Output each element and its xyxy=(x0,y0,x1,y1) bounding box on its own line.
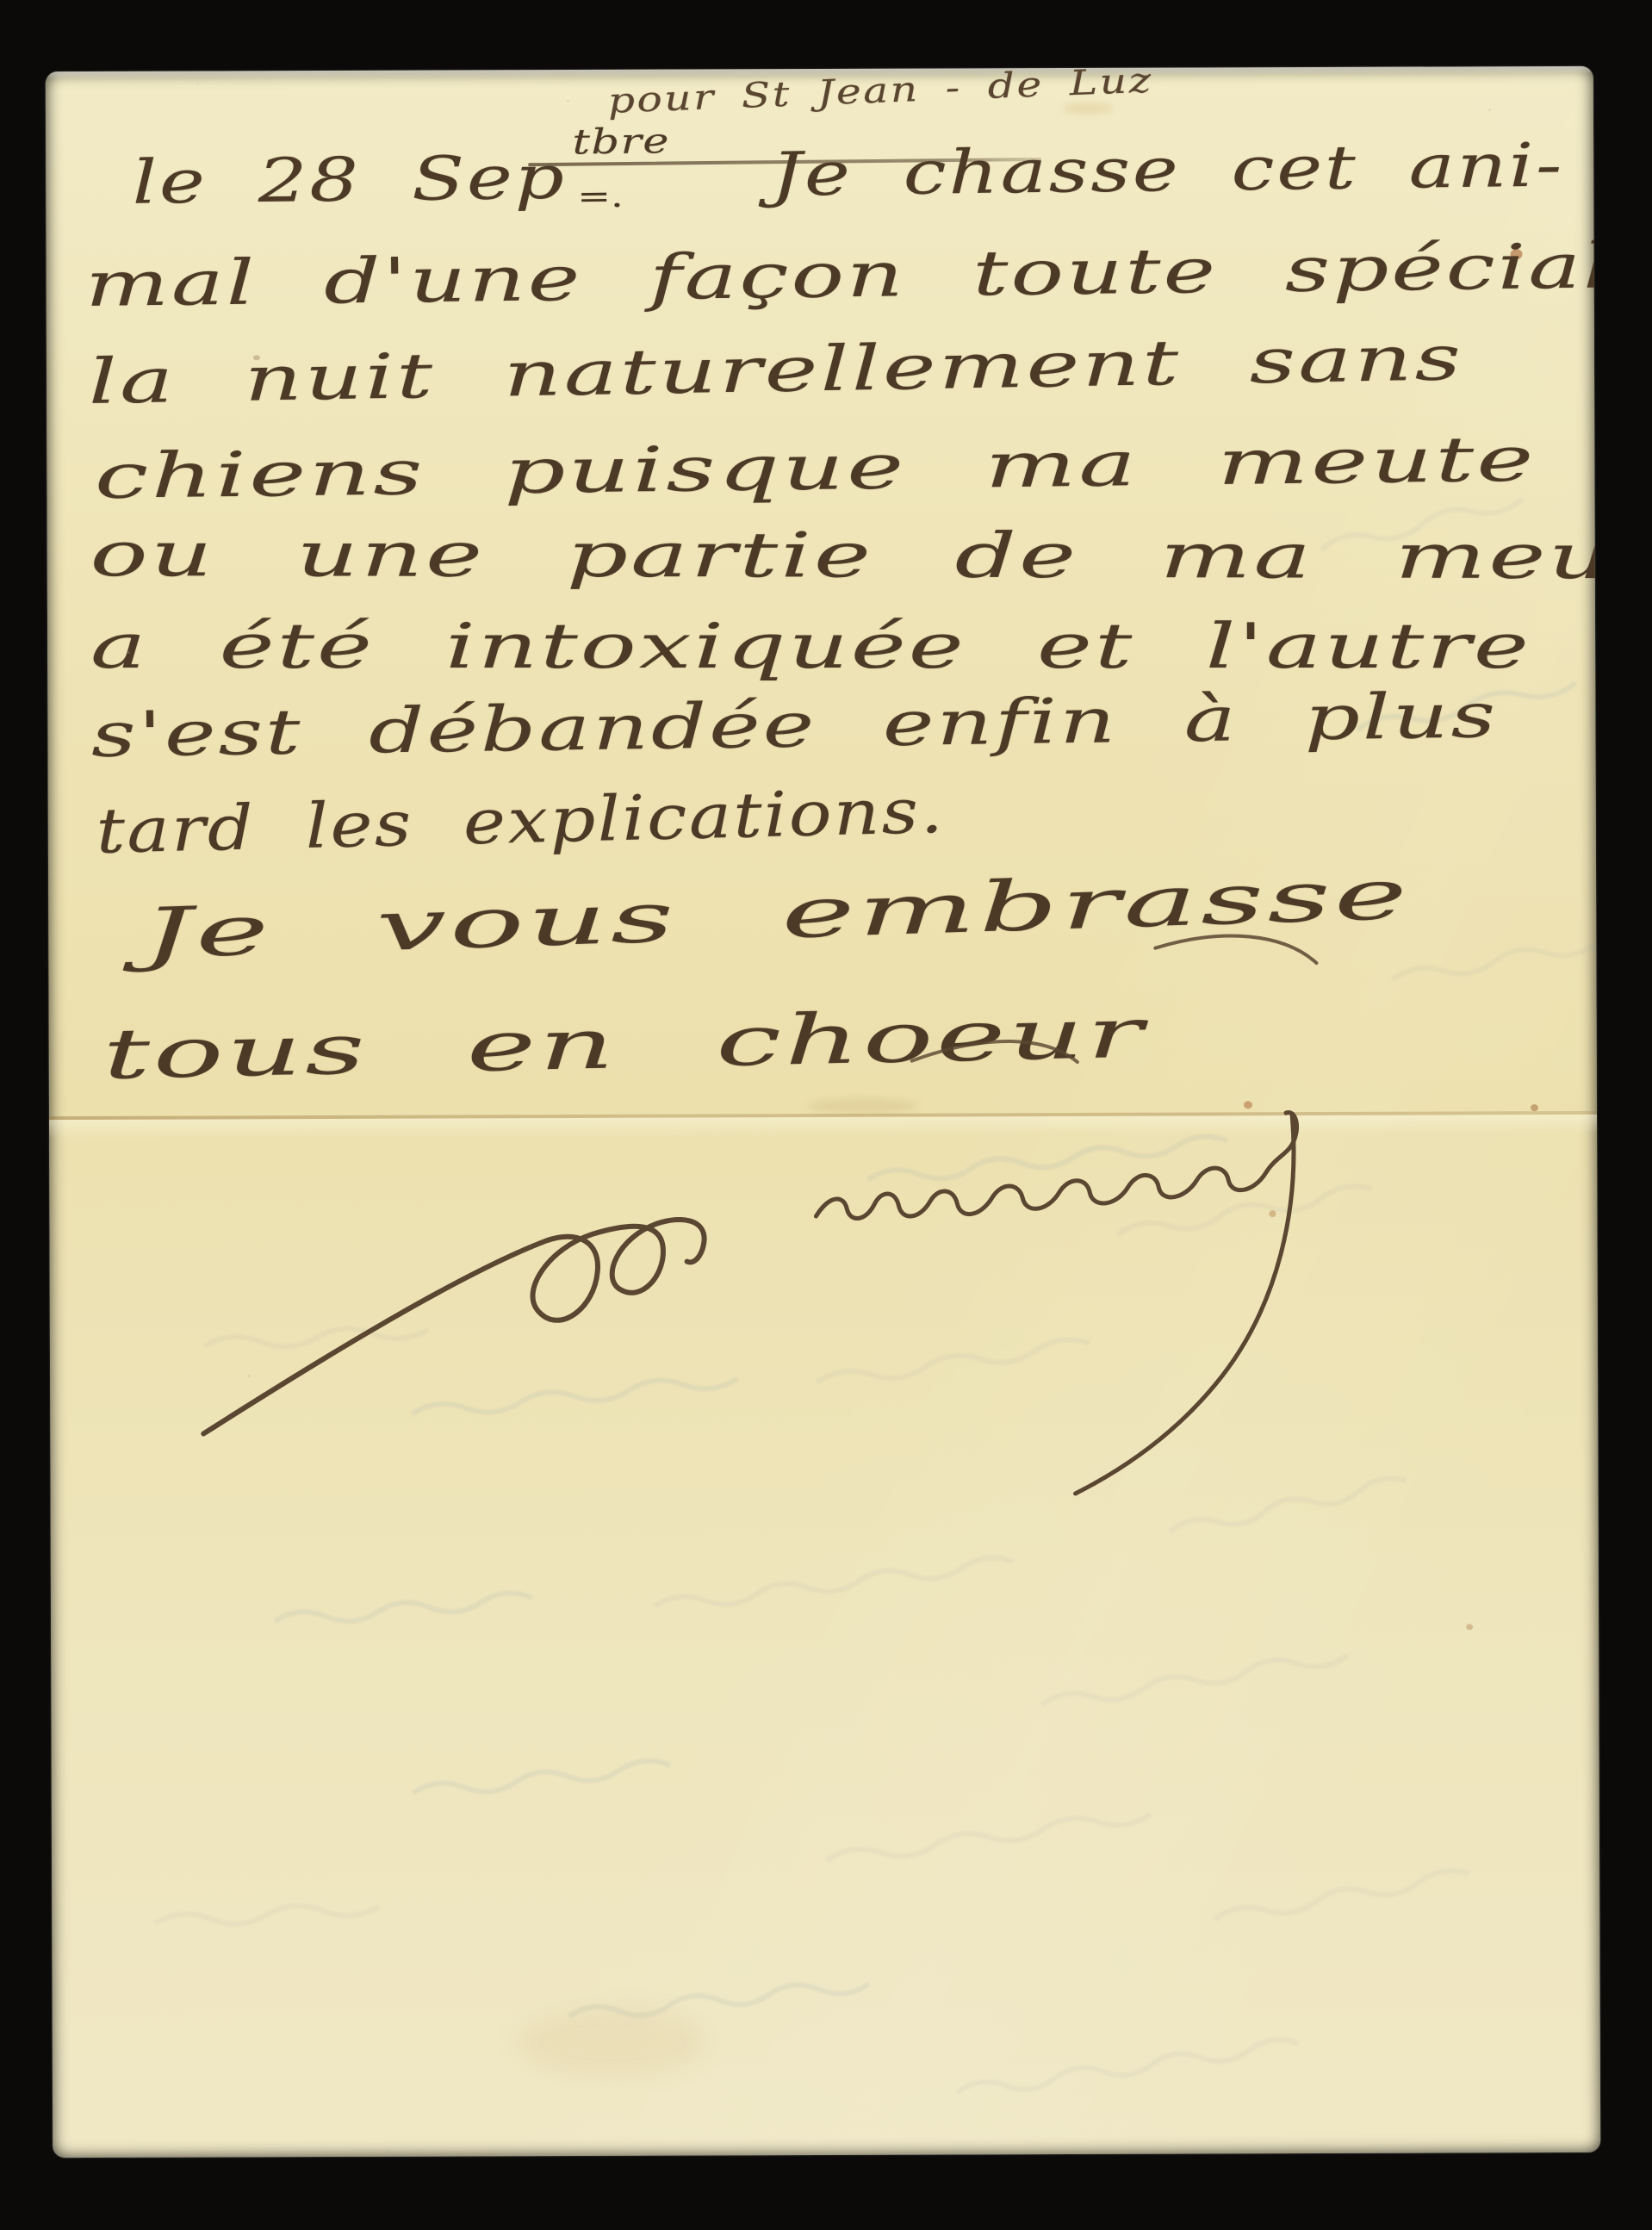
handwritten-line: Je vous embrasse xyxy=(141,854,1412,974)
foxing-stain xyxy=(1062,102,1114,115)
letter-page: pour St Jean - de Luz le 28 Septbre=.Je … xyxy=(46,66,1600,2158)
foxing-stain xyxy=(1466,1624,1473,1630)
handwritten-line: chiens puisque ma meute xyxy=(94,423,1537,512)
lower-leaf-tone xyxy=(49,1115,1600,2158)
handwritten-line: la nuit naturellement sans xyxy=(88,321,1464,418)
handwritten-line: tous en choeur xyxy=(102,993,1146,1095)
date-superscript: tbre xyxy=(572,121,670,162)
foxing-stain xyxy=(807,1099,919,1113)
fold-crease xyxy=(49,1111,1597,1139)
date-mark: =. xyxy=(577,179,624,215)
handwritten-line: tard les explications. xyxy=(96,774,946,867)
scan-background: pour St Jean - de Luz le 28 Septbre=.Je … xyxy=(0,0,1652,2230)
date-line: le 28 Septbre=.Je chasse cet ani- xyxy=(132,129,1564,217)
sentence-start: Je chasse cet ani- xyxy=(771,129,1564,209)
foxing-stain xyxy=(1531,1104,1538,1111)
date-text: le 28 Sep xyxy=(132,142,567,218)
handwritten-line: mal d'une façon toute spéciale xyxy=(84,229,1600,320)
handwritten-line: ou une partie de ma meute xyxy=(90,518,1600,593)
handwritten-line: s'est débandée enfin à plus xyxy=(90,679,1498,771)
foxing-stain xyxy=(1244,1101,1252,1109)
foxing-stain xyxy=(518,2007,707,2077)
foxing-stain xyxy=(1269,1210,1276,1217)
date-abbreviation: tbre=. xyxy=(566,140,710,202)
handwritten-line: a été intoxiquée et l'autre xyxy=(90,610,1531,682)
